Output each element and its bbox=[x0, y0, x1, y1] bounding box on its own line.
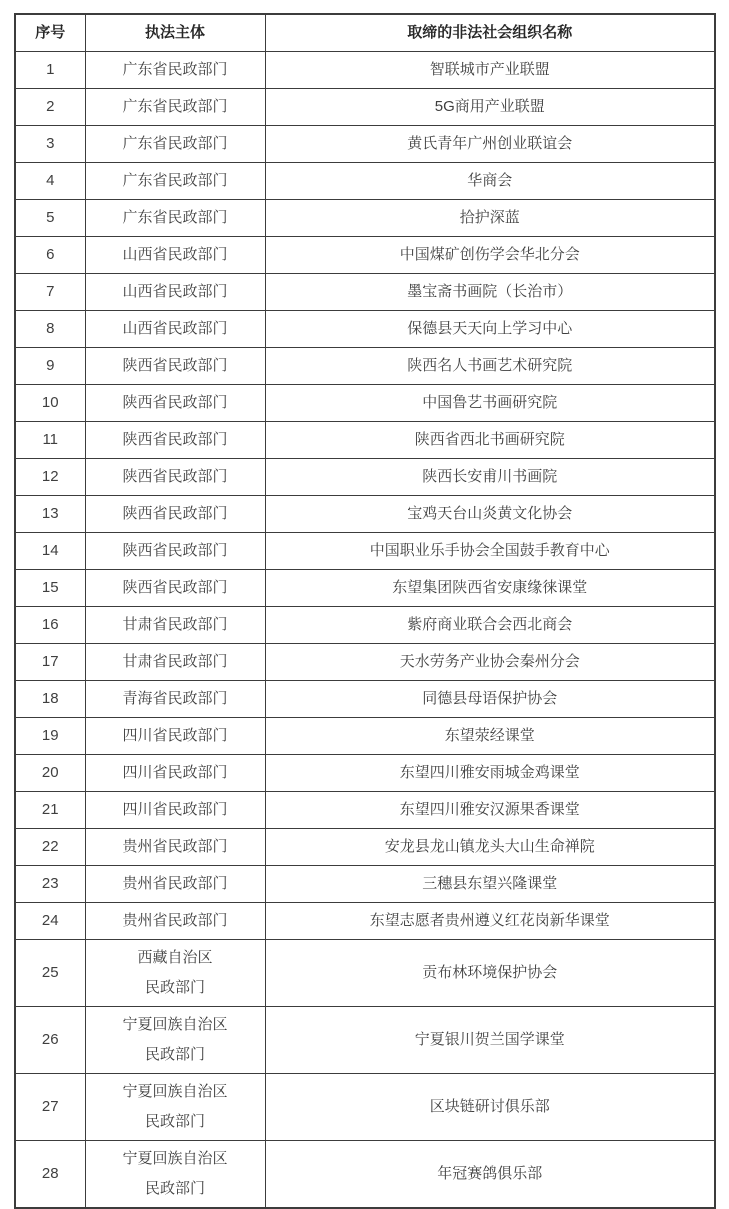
table-row: 16 甘肃省民政部门 紫府商业联合会西北商会 bbox=[15, 607, 715, 644]
row-number: 19 bbox=[15, 718, 85, 755]
row-number: 23 bbox=[15, 866, 85, 903]
row-number: 14 bbox=[15, 533, 85, 570]
table-row: 12 陕西省民政部门 陕西长安甫川书画院 bbox=[15, 459, 715, 496]
row-org: 贡布林环境保护协会 bbox=[265, 940, 715, 1007]
row-entity: 陕西省民政部门 bbox=[85, 570, 265, 607]
row-org: 紫府商业联合会西北商会 bbox=[265, 607, 715, 644]
row-number: 28 bbox=[15, 1141, 85, 1209]
row-org: 东望四川雅安雨城金鸡课堂 bbox=[265, 755, 715, 792]
table-row: 24 贵州省民政部门 东望志愿者贵州遵义红花岗新华课堂 bbox=[15, 903, 715, 940]
row-entity: 陕西省民政部门 bbox=[85, 496, 265, 533]
row-entity: 陕西省民政部门 bbox=[85, 422, 265, 459]
row-number: 3 bbox=[15, 126, 85, 163]
row-entity: 宁夏回族自治区 民政部门 bbox=[85, 1007, 265, 1074]
table-row: 3 广东省民政部门 黄氏青年广州创业联谊会 bbox=[15, 126, 715, 163]
row-org: 华商会 bbox=[265, 163, 715, 200]
table-row: 6 山西省民政部门 中国煤矿创伤学会华北分会 bbox=[15, 237, 715, 274]
header-serial-number: 序号 bbox=[15, 14, 85, 52]
row-entity: 甘肃省民政部门 bbox=[85, 607, 265, 644]
row-org: 三穗县东望兴隆课堂 bbox=[265, 866, 715, 903]
row-number: 21 bbox=[15, 792, 85, 829]
row-number: 15 bbox=[15, 570, 85, 607]
banned-organizations-table: 序号 执法主体 取缔的非法社会组织名称 1 广东省民政部门 智联城市产业联盟 2… bbox=[14, 13, 716, 1209]
row-org: 中国煤矿创伤学会华北分会 bbox=[265, 237, 715, 274]
row-entity: 宁夏回族自治区 民政部门 bbox=[85, 1141, 265, 1209]
row-number: 25 bbox=[15, 940, 85, 1007]
table-row: 20 四川省民政部门 东望四川雅安雨城金鸡课堂 bbox=[15, 755, 715, 792]
row-number: 9 bbox=[15, 348, 85, 385]
row-entity: 广东省民政部门 bbox=[85, 126, 265, 163]
header-row: 序号 执法主体 取缔的非法社会组织名称 bbox=[15, 14, 715, 52]
row-number: 11 bbox=[15, 422, 85, 459]
row-number: 4 bbox=[15, 163, 85, 200]
row-org: 墨宝斋书画院（长治市） bbox=[265, 274, 715, 311]
row-entity: 广东省民政部门 bbox=[85, 52, 265, 89]
row-entity: 四川省民政部门 bbox=[85, 755, 265, 792]
row-entity: 贵州省民政部门 bbox=[85, 829, 265, 866]
row-entity: 陕西省民政部门 bbox=[85, 533, 265, 570]
row-number: 24 bbox=[15, 903, 85, 940]
header-enforcement-entity: 执法主体 bbox=[85, 14, 265, 52]
row-number: 17 bbox=[15, 644, 85, 681]
row-entity: 陕西省民政部门 bbox=[85, 385, 265, 422]
page: 序号 执法主体 取缔的非法社会组织名称 1 广东省民政部门 智联城市产业联盟 2… bbox=[0, 0, 729, 1177]
row-entity: 山西省民政部门 bbox=[85, 237, 265, 274]
row-org: 宝鸡天台山炎黄文化协会 bbox=[265, 496, 715, 533]
table-row: 22 贵州省民政部门 安龙县龙山镇龙头大山生命禅院 bbox=[15, 829, 715, 866]
row-number: 6 bbox=[15, 237, 85, 274]
table-row: 21 四川省民政部门 东望四川雅安汉源果香课堂 bbox=[15, 792, 715, 829]
row-entity: 四川省民政部门 bbox=[85, 792, 265, 829]
row-number: 1 bbox=[15, 52, 85, 89]
row-org: 5G商用产业联盟 bbox=[265, 89, 715, 126]
row-org: 保德县天天向上学习中心 bbox=[265, 311, 715, 348]
row-org: 安龙县龙山镇龙头大山生命禅院 bbox=[265, 829, 715, 866]
row-entity: 贵州省民政部门 bbox=[85, 903, 265, 940]
row-entity: 甘肃省民政部门 bbox=[85, 644, 265, 681]
row-number: 27 bbox=[15, 1074, 85, 1141]
row-number: 2 bbox=[15, 89, 85, 126]
table-row: 15 陕西省民政部门 东望集团陕西省安康缘徕课堂 bbox=[15, 570, 715, 607]
row-entity: 宁夏回族自治区 民政部门 bbox=[85, 1074, 265, 1141]
table-row: 11 陕西省民政部门 陕西省西北书画研究院 bbox=[15, 422, 715, 459]
row-number: 26 bbox=[15, 1007, 85, 1074]
row-org: 东望荥经课堂 bbox=[265, 718, 715, 755]
row-org: 同德县母语保护协会 bbox=[265, 681, 715, 718]
table-row: 26 宁夏回族自治区 民政部门 宁夏银川贺兰国学课堂 bbox=[15, 1007, 715, 1074]
row-number: 8 bbox=[15, 311, 85, 348]
table-row: 7 山西省民政部门 墨宝斋书画院（长治市） bbox=[15, 274, 715, 311]
row-org: 陕西省西北书画研究院 bbox=[265, 422, 715, 459]
row-number: 18 bbox=[15, 681, 85, 718]
row-number: 13 bbox=[15, 496, 85, 533]
row-org: 陕西名人书画艺术研究院 bbox=[265, 348, 715, 385]
row-entity: 青海省民政部门 bbox=[85, 681, 265, 718]
table-header: 序号 执法主体 取缔的非法社会组织名称 bbox=[15, 14, 715, 52]
row-number: 7 bbox=[15, 274, 85, 311]
row-entity: 广东省民政部门 bbox=[85, 200, 265, 237]
header-banned-org-name: 取缔的非法社会组织名称 bbox=[265, 14, 715, 52]
row-entity: 山西省民政部门 bbox=[85, 311, 265, 348]
table-row: 4 广东省民政部门 华商会 bbox=[15, 163, 715, 200]
row-entity: 西藏自治区 民政部门 bbox=[85, 940, 265, 1007]
row-entity: 贵州省民政部门 bbox=[85, 866, 265, 903]
row-org: 东望志愿者贵州遵义红花岗新华课堂 bbox=[265, 903, 715, 940]
table-row: 14 陕西省民政部门 中国职业乐手协会全国鼓手教育中心 bbox=[15, 533, 715, 570]
table-row: 17 甘肃省民政部门 天水劳务产业协会秦州分会 bbox=[15, 644, 715, 681]
table-row: 18 青海省民政部门 同德县母语保护协会 bbox=[15, 681, 715, 718]
row-number: 5 bbox=[15, 200, 85, 237]
row-org: 宁夏银川贺兰国学课堂 bbox=[265, 1007, 715, 1074]
table-row: 5 广东省民政部门 拾护深蓝 bbox=[15, 200, 715, 237]
row-number: 10 bbox=[15, 385, 85, 422]
table-row: 10 陕西省民政部门 中国鲁艺书画研究院 bbox=[15, 385, 715, 422]
table-row: 28 宁夏回族自治区 民政部门 年冠赛鸽俱乐部 bbox=[15, 1141, 715, 1209]
row-number: 12 bbox=[15, 459, 85, 496]
row-org: 年冠赛鸽俱乐部 bbox=[265, 1141, 715, 1209]
row-org: 区块链研讨俱乐部 bbox=[265, 1074, 715, 1141]
table-row: 8 山西省民政部门 保德县天天向上学习中心 bbox=[15, 311, 715, 348]
row-org: 天水劳务产业协会秦州分会 bbox=[265, 644, 715, 681]
row-org: 中国鲁艺书画研究院 bbox=[265, 385, 715, 422]
table-body: 1 广东省民政部门 智联城市产业联盟 2 广东省民政部门 5G商用产业联盟 3 … bbox=[15, 52, 715, 1209]
table-row: 25 西藏自治区 民政部门 贡布林环境保护协会 bbox=[15, 940, 715, 1007]
row-entity: 陕西省民政部门 bbox=[85, 459, 265, 496]
table-row: 13 陕西省民政部门 宝鸡天台山炎黄文化协会 bbox=[15, 496, 715, 533]
table-row: 23 贵州省民政部门 三穗县东望兴隆课堂 bbox=[15, 866, 715, 903]
table-row: 1 广东省民政部门 智联城市产业联盟 bbox=[15, 52, 715, 89]
row-entity: 陕西省民政部门 bbox=[85, 348, 265, 385]
table-row: 9 陕西省民政部门 陕西名人书画艺术研究院 bbox=[15, 348, 715, 385]
row-entity: 广东省民政部门 bbox=[85, 89, 265, 126]
row-entity: 广东省民政部门 bbox=[85, 163, 265, 200]
row-number: 22 bbox=[15, 829, 85, 866]
row-org: 拾护深蓝 bbox=[265, 200, 715, 237]
row-org: 中国职业乐手协会全国鼓手教育中心 bbox=[265, 533, 715, 570]
row-number: 16 bbox=[15, 607, 85, 644]
row-org: 陕西长安甫川书画院 bbox=[265, 459, 715, 496]
row-number: 20 bbox=[15, 755, 85, 792]
table-row: 2 广东省民政部门 5G商用产业联盟 bbox=[15, 89, 715, 126]
row-org: 东望集团陕西省安康缘徕课堂 bbox=[265, 570, 715, 607]
table-row: 19 四川省民政部门 东望荥经课堂 bbox=[15, 718, 715, 755]
row-org: 智联城市产业联盟 bbox=[265, 52, 715, 89]
row-entity: 四川省民政部门 bbox=[85, 718, 265, 755]
row-entity: 山西省民政部门 bbox=[85, 274, 265, 311]
row-org: 东望四川雅安汉源果香课堂 bbox=[265, 792, 715, 829]
table-row: 27 宁夏回族自治区 民政部门 区块链研讨俱乐部 bbox=[15, 1074, 715, 1141]
row-org: 黄氏青年广州创业联谊会 bbox=[265, 126, 715, 163]
